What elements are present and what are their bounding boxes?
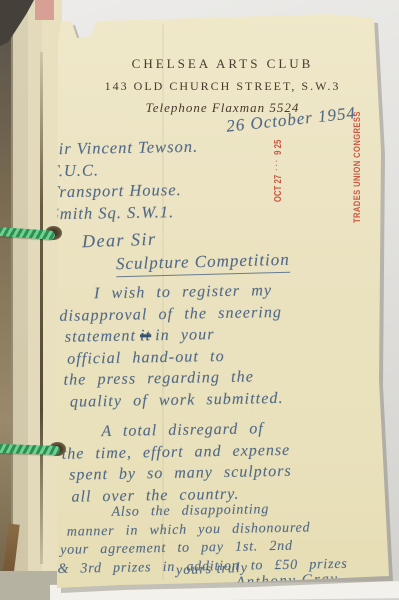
subject-text: Sculpture Competition: [116, 250, 290, 278]
recipient-line: T.U.C.: [50, 157, 199, 181]
body-line-part: statement: [65, 327, 137, 345]
under-page-pink-stamp-edge: [35, 0, 54, 20]
stamp-dots: ···: [274, 157, 281, 171]
tuc-receipt-stamp: TRADES UNION CONGRESS: [352, 127, 364, 237]
paragraph-1: I wish to register my disapproval of the…: [56, 278, 388, 413]
club-name: CHELSEA ARTS CLUB: [60, 56, 385, 72]
tuc-stamp-text: TRADES UNION CONGRESS: [352, 111, 363, 223]
club-address: 143 OLD CHURCH STREET, S.W.3: [60, 79, 385, 94]
salutation: Dear Sir: [82, 229, 157, 253]
recipient-address: Sir Vincent Tewson. T.U.C. Transport Hou…: [49, 136, 199, 225]
received-date-stamp: OCT 27···9 25: [273, 130, 289, 214]
struck-word: it: [140, 327, 151, 344]
subject-line: Sculpture Competition: [116, 250, 290, 278]
page-seam-shadow: [40, 52, 43, 564]
body-line-part: in your: [155, 326, 215, 344]
recipient-line: Transport House.: [50, 179, 199, 203]
letter-sheet: CHELSEA ARTS CLUB 143 OLD CHURCH STREET,…: [0, 0, 399, 600]
recipient-line: Sir Vincent Tewson.: [49, 136, 198, 160]
received-time: 9 25: [273, 140, 284, 155]
letter-photograph: CHELSEA ARTS CLUB 143 OLD CHURCH STREET,…: [0, 0, 399, 600]
recipient-line: Smith Sq. S.W.1.: [50, 200, 199, 224]
paragraph-2: A total disregard of the time, effort an…: [56, 416, 387, 508]
received-date: OCT 27: [273, 175, 284, 202]
